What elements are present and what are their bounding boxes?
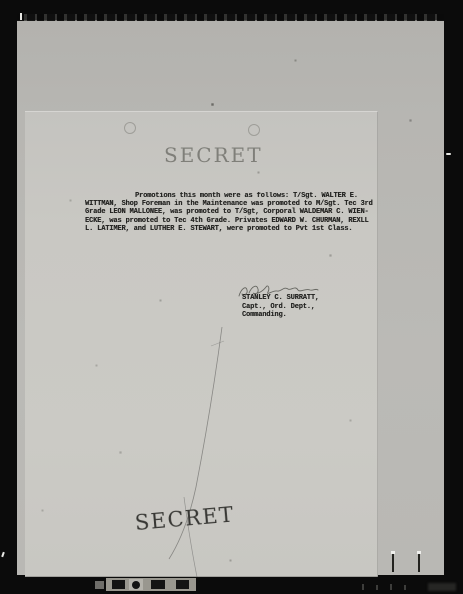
film-fleck <box>446 153 451 155</box>
film-edge-band <box>17 14 444 21</box>
film-mark <box>112 580 125 589</box>
film-mark <box>176 580 189 589</box>
film-mark <box>404 585 406 590</box>
signer-role: Commanding. <box>242 311 319 320</box>
film-mark <box>376 585 378 590</box>
memo-line: ECKE, was promoted to Tec 4th Grade. Pri… <box>85 217 379 225</box>
film-mark-circle <box>132 581 140 589</box>
film-mark <box>151 580 165 589</box>
ring-ghost-left <box>124 122 136 134</box>
secret-stamp-top: SECRET <box>164 143 263 167</box>
signature-block: STANLEY C. SURRATT, Capt., Ord. Dept., C… <box>242 294 319 320</box>
film-grain-specks <box>0 0 1 1</box>
memo-line: Promotions this month were as follows: T… <box>85 192 379 200</box>
film-smudge <box>428 583 456 591</box>
film-fleck <box>20 13 22 20</box>
signer-name: STANLEY C. SURRATT, <box>242 294 319 303</box>
memo-line: WITTMAN, Shop Foreman in the Maintenance… <box>85 200 379 208</box>
ring-ghost-right <box>248 124 260 136</box>
signer-title: Capt., Ord. Dept., <box>242 303 319 312</box>
memo-paragraph: Promotions this month were as follows: T… <box>85 192 379 233</box>
film-mark <box>95 581 104 589</box>
microfilm-scan-frame: SECRET SECRET Promotions this month were… <box>0 0 463 594</box>
film-mark <box>362 584 364 590</box>
film-fleck <box>1 552 5 557</box>
memo-line: Grade LEON MALLONEE, was promoted to T/S… <box>85 208 379 216</box>
film-mark <box>390 584 392 590</box>
memo-line: L. LATIMER, and LUTHER E. STEWART, were … <box>85 225 379 233</box>
film-tick <box>418 554 420 572</box>
film-tick <box>392 554 394 572</box>
